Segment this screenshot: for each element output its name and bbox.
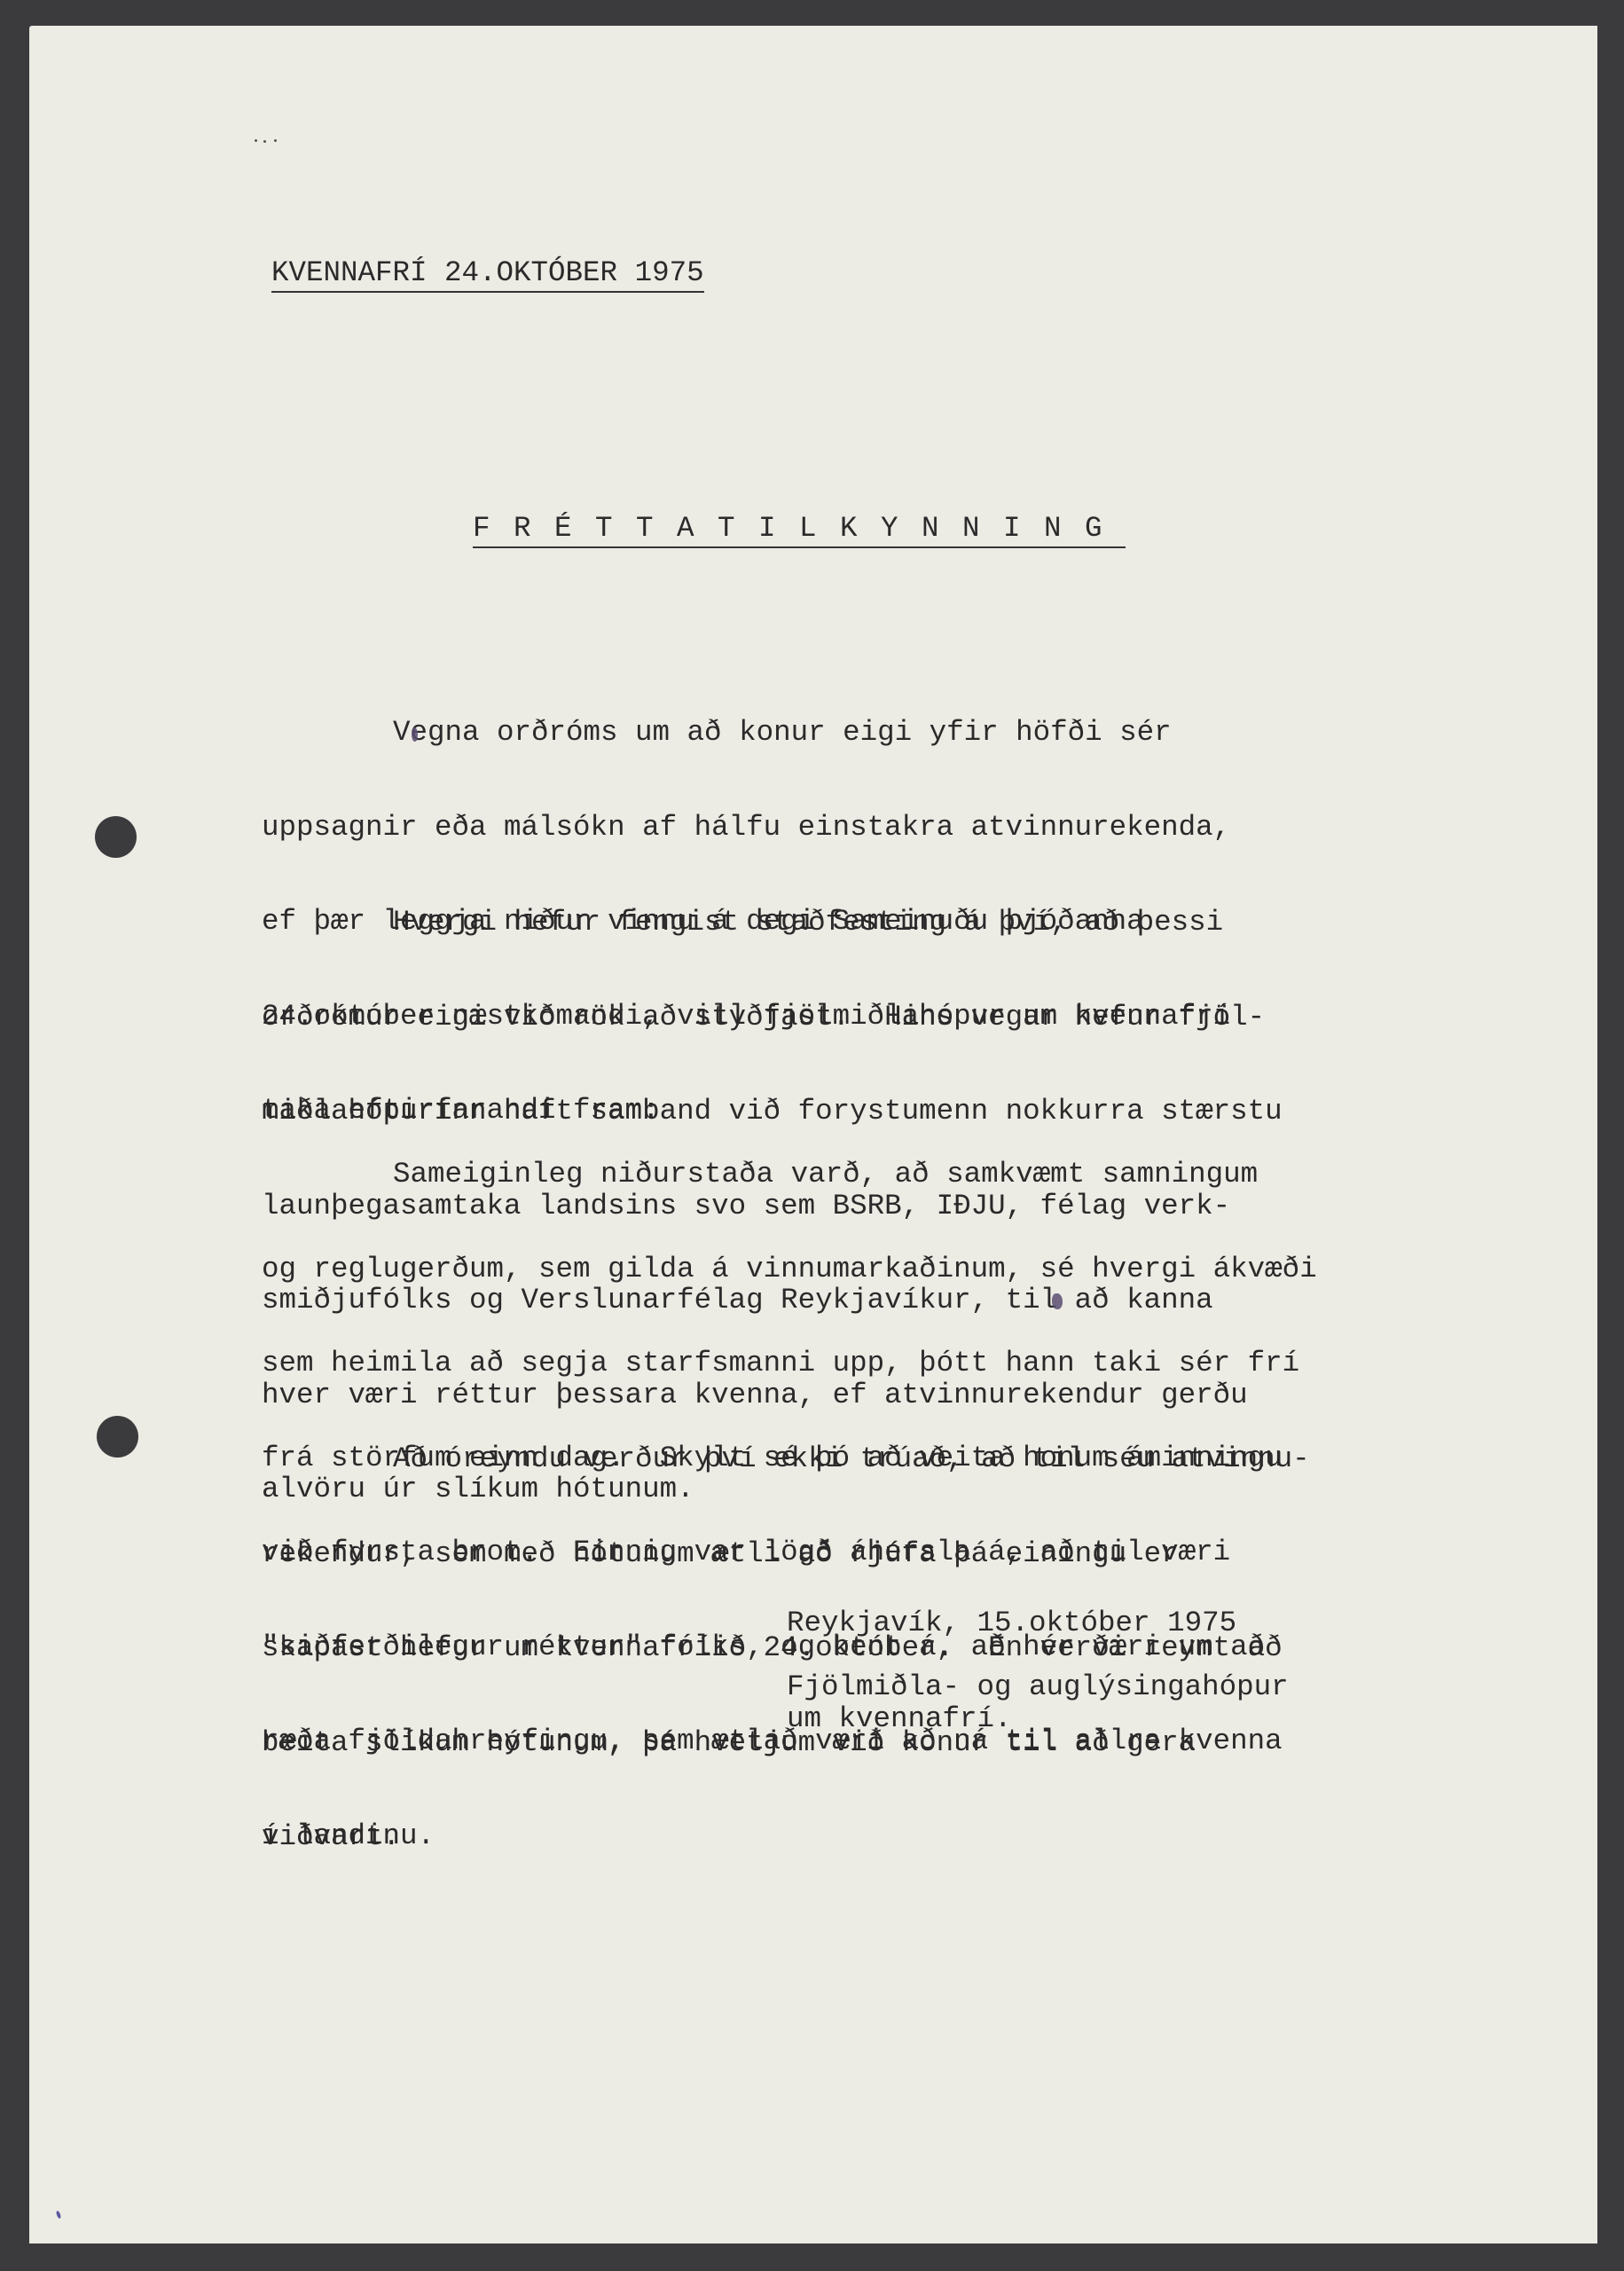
header-title: KVENNAFRÍ 24.OKTÓBER 1975 xyxy=(271,257,704,293)
paragraph-line: viðvart. xyxy=(262,1821,1310,1853)
paragraph-line: og reglugerðum, sem gilda á vinnumarkaði… xyxy=(262,1253,1317,1285)
paper-speck xyxy=(274,139,277,142)
paragraph-line: sem heimila að segja starfsmanni upp, þó… xyxy=(262,1348,1317,1379)
signature-org-line-1: Fjölmiðla- og auglýsingahópur xyxy=(787,1671,1289,1703)
paragraph-line: orðrómur eigi við rök að styðjast. Hins … xyxy=(262,1002,1283,1033)
signature-org-line-2: um kvennafrí. xyxy=(787,1703,1012,1735)
press-release-title: FRÉTTATILKYNNING xyxy=(473,513,1126,548)
paragraph-line: Að óreyndu verður því ekki trúað, að til… xyxy=(262,1443,1310,1475)
paper-speck xyxy=(263,140,266,143)
paragraph-line: Hvergi hefur fengist staðfesting á því, … xyxy=(262,907,1283,939)
paper-speck xyxy=(255,139,257,142)
paragraph-line: beita slíkum hótunum, þá hvetjum við kon… xyxy=(262,1727,1310,1759)
ink-blot xyxy=(1052,1293,1063,1309)
paragraph-line: Vegna orðróms um að konur eigi yfir höfð… xyxy=(262,717,1230,749)
punch-hole-top xyxy=(95,816,137,858)
punch-hole-bottom xyxy=(97,1416,138,1458)
paragraph-line: rekendur, sem með hótunum ætli að rjúfa … xyxy=(262,1538,1310,1570)
paragraph-line: uppsagnir eða málsókn af hálfu einstakra… xyxy=(262,812,1230,844)
paragraph-line: Sameiginleg niðurstaða varð, að samkvæmt… xyxy=(262,1159,1317,1191)
signature-place-date: Reykjavík, 15.október 1975 xyxy=(787,1607,1236,1639)
ink-blot xyxy=(412,727,418,742)
